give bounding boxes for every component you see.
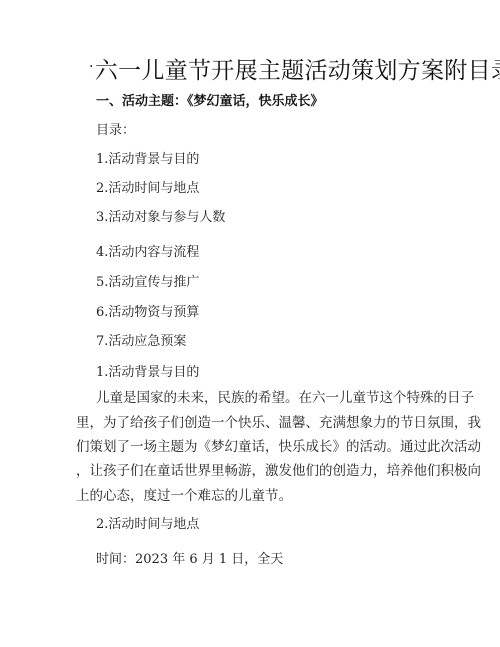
paragraph-line: 们策划了一场主题为《梦幻童话，快乐成长》的活动。通过此次活动	[76, 441, 481, 455]
paragraph-line: 上的心态，度过一个难忘的儿童节。	[76, 490, 292, 504]
section-2-title: 2.活动时间与地点	[96, 518, 199, 531]
toc-item: 3.活动对象与参与人数	[96, 211, 225, 224]
theme-heading: 一、活动主题：《梦幻童话，快乐成长》	[96, 95, 324, 108]
paragraph-line: 儿童是国家的未来，民族的希望。在六一儿童节这个特殊的日子	[96, 392, 474, 406]
time-line: 时间：2023 年 6 月 1 日，全天	[96, 553, 283, 566]
paragraph-line: 里，为了给孩子们创造一个快乐、温馨、充满想象力的节日氛围，我	[76, 417, 481, 431]
document-title: ·六一儿童节开展主题活动策划方案附目录	[89, 60, 500, 83]
document-page: ·六一儿童节开展主题活动策划方案附目录 一、活动主题：《梦幻童话，快乐成长》 目…	[0, 0, 500, 647]
section-1-title: 1.活动背景与目的	[96, 366, 199, 379]
toc-item: 7.活动应急预案	[96, 335, 186, 348]
toc-item: 4.活动内容与流程	[96, 246, 199, 259]
toc-item: 1.活动背景与目的	[96, 153, 199, 166]
toc-item: 2.活动时间与地点	[96, 182, 199, 195]
toc-item: 5.活动宣传与推广	[96, 276, 199, 289]
toc-label: 目录：	[96, 124, 135, 137]
toc-item: 6.活动物资与预算	[96, 306, 199, 319]
title-text: 六一儿童节开展主题活动策划方案附目录	[95, 58, 500, 84]
paragraph-line: ，让孩子们在童话世界里畅游，激发他们的创造力，培养他们积极向	[76, 465, 481, 479]
title-marker: ·	[89, 59, 94, 75]
